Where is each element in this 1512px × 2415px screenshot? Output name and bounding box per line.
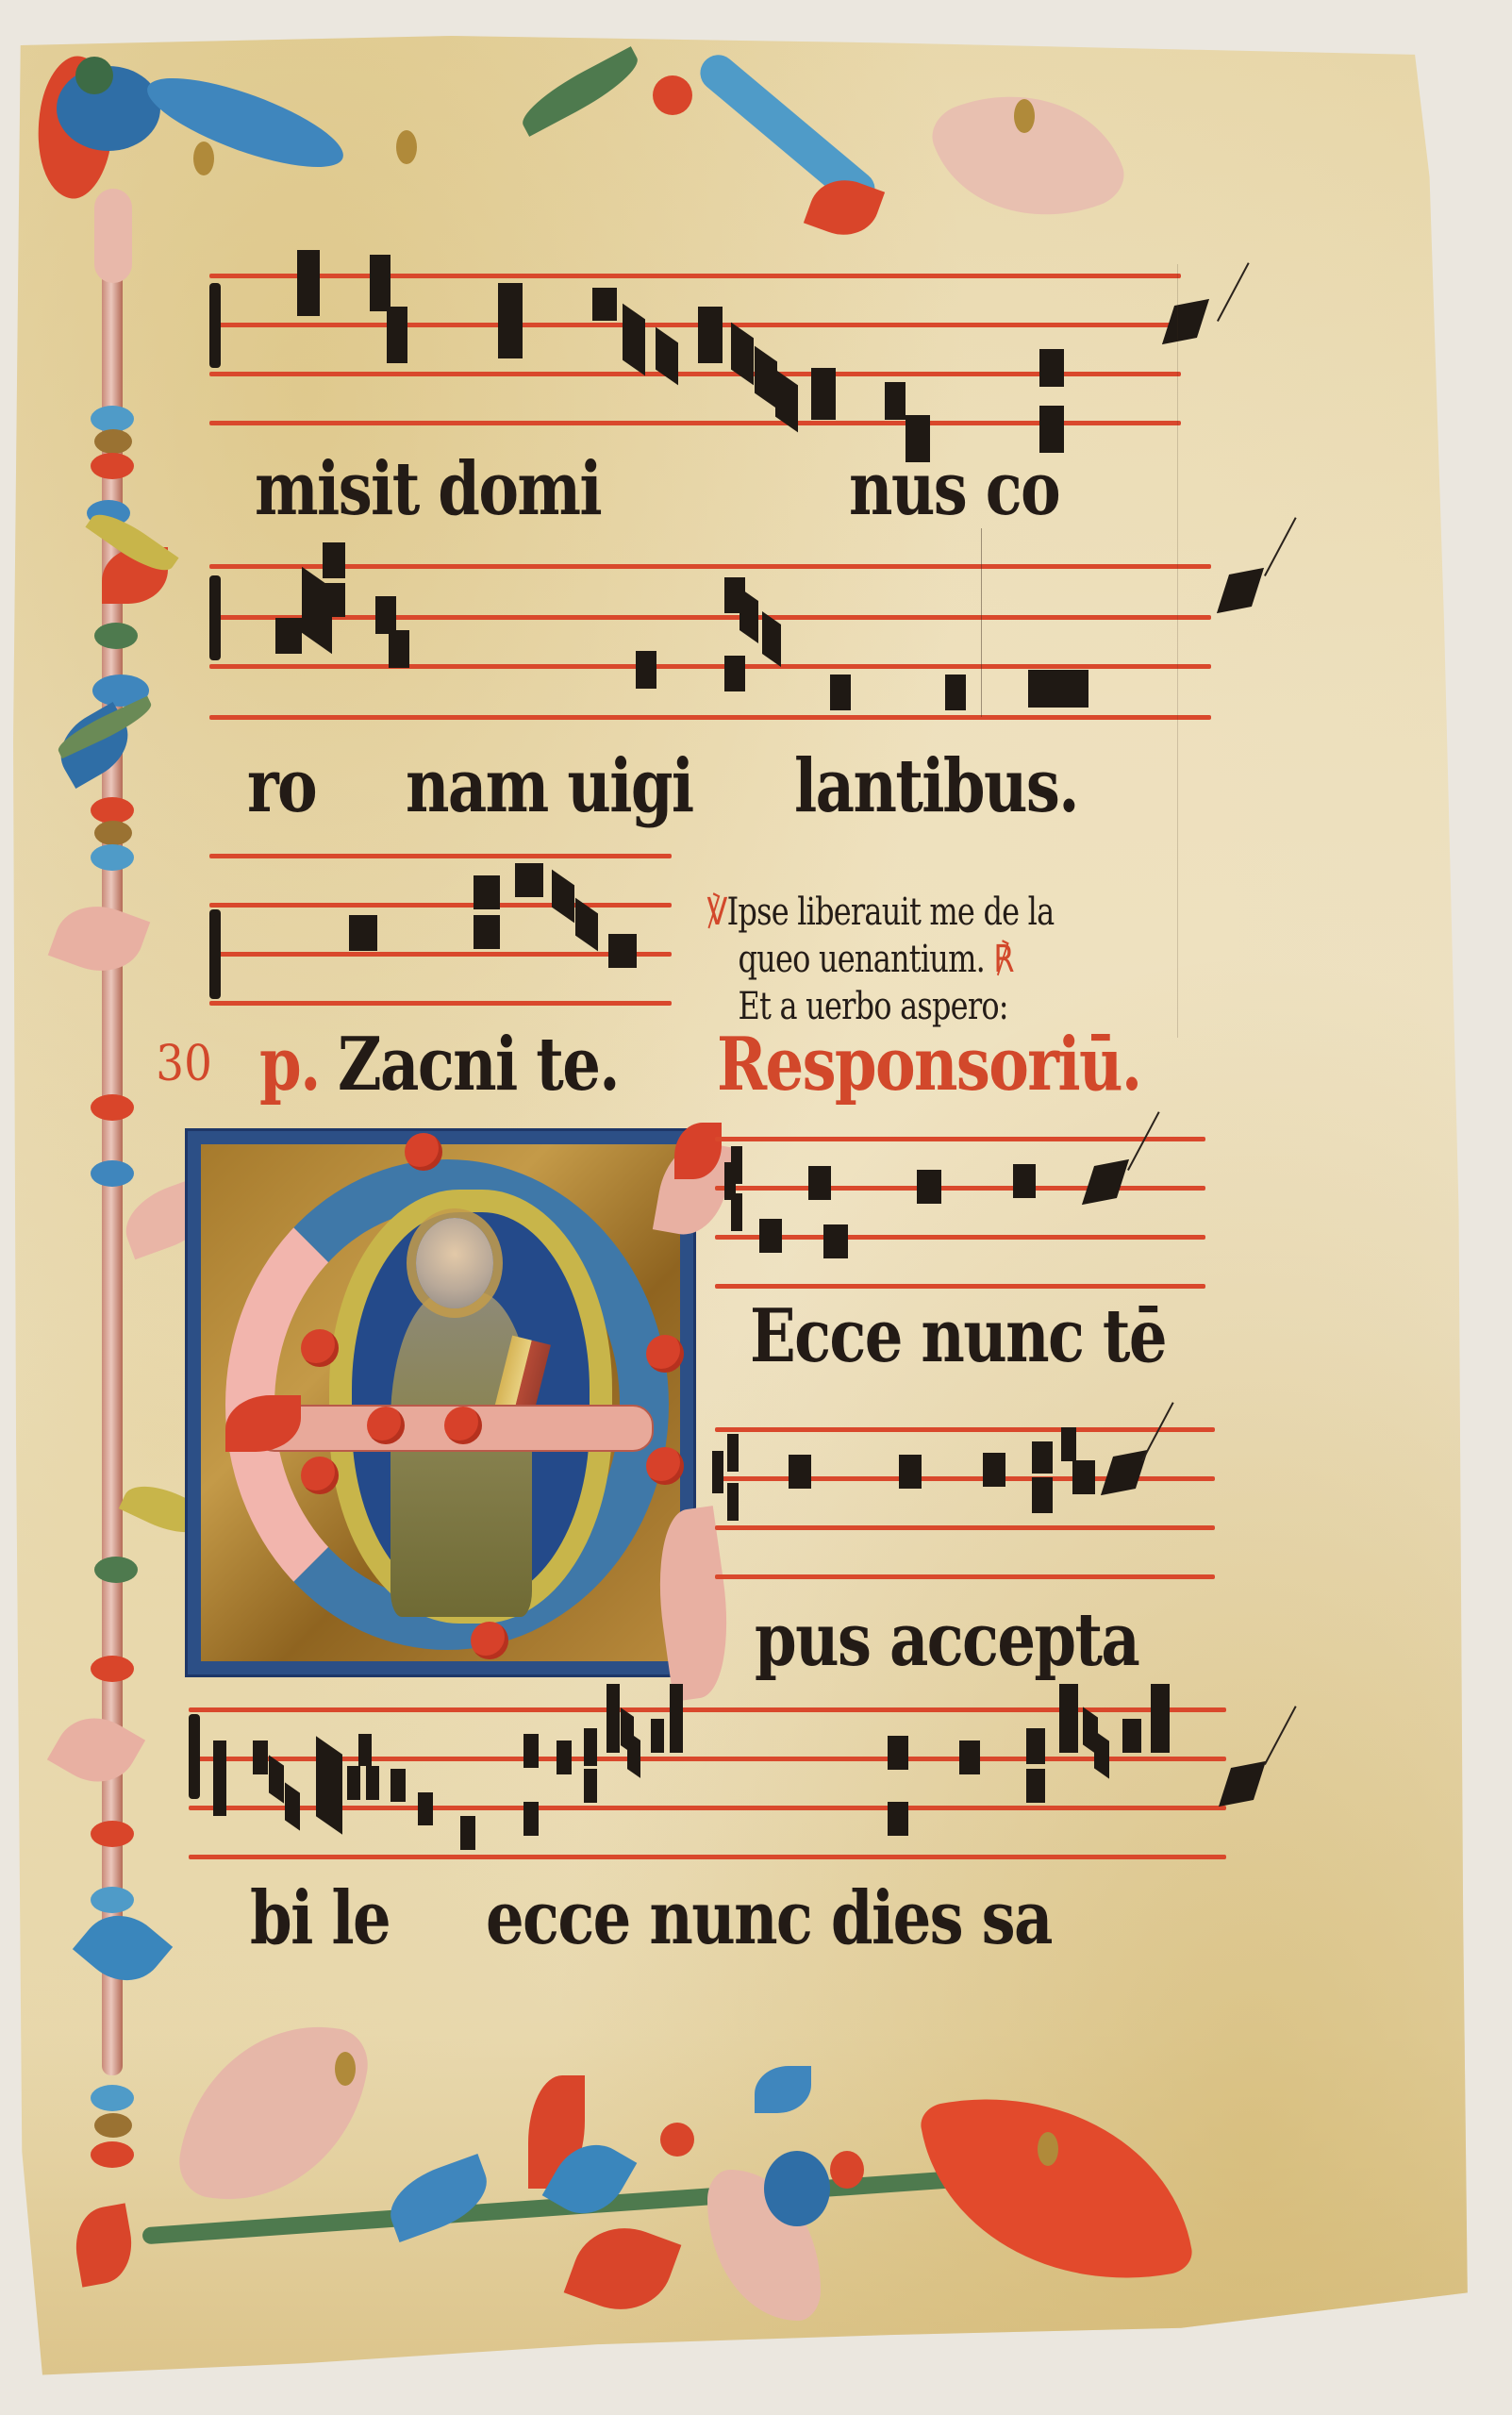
- neume: [959, 1740, 980, 1774]
- border-knot-gold: [94, 821, 132, 845]
- initial-knob: [405, 1133, 442, 1171]
- neume: [474, 915, 500, 949]
- neume: [1122, 1719, 1141, 1753]
- border-knot-red: [91, 1094, 134, 1121]
- border-knot-blue: [91, 1160, 134, 1187]
- neume: [370, 255, 390, 311]
- neume: [606, 1719, 620, 1753]
- lyric-line-1a: misit domi: [255, 453, 601, 526]
- border-knot-green: [94, 623, 138, 649]
- neume: [727, 1434, 739, 1472]
- border-knot-blue: [91, 844, 134, 871]
- neume: [358, 1734, 372, 1766]
- initial-knob: [367, 1407, 405, 1444]
- neume: [460, 1816, 475, 1850]
- neume-oriscus: [1028, 670, 1088, 708]
- neume: [731, 1193, 742, 1231]
- neume: [1059, 1719, 1078, 1753]
- neume: [608, 934, 637, 968]
- ruling-line: [1177, 264, 1178, 1038]
- neume: [606, 1684, 620, 1722]
- initial-knob: [471, 1622, 508, 1659]
- neume: [1013, 1164, 1036, 1198]
- top-knot-red: [653, 75, 692, 115]
- top-gold-dot: [193, 142, 214, 175]
- initial-knob: [444, 1407, 482, 1444]
- neume: [945, 675, 966, 710]
- bottom-globe-blue: [764, 2151, 830, 2226]
- neume: [698, 307, 723, 363]
- border-knot-red: [91, 453, 134, 479]
- border-knot-gold: [94, 429, 132, 454]
- initial-knob: [646, 1447, 684, 1485]
- neume: [1032, 1477, 1053, 1513]
- c-clef: [209, 575, 221, 660]
- neume: [724, 656, 745, 691]
- historiated-initial-E: [185, 1128, 696, 1677]
- c-clef: [209, 909, 221, 999]
- neume: [1039, 349, 1064, 387]
- neume: [759, 1219, 782, 1253]
- neume: [347, 1766, 360, 1800]
- neume: [917, 1170, 941, 1204]
- neume: [387, 307, 407, 363]
- neume: [592, 288, 617, 321]
- neume: [515, 863, 543, 897]
- c-clef: [189, 1714, 200, 1799]
- neume: [1072, 1460, 1095, 1494]
- neume: [727, 1483, 739, 1521]
- border-knot-blue: [91, 406, 134, 432]
- ruling-line: [981, 528, 982, 717]
- neume: [474, 875, 500, 909]
- neume: [557, 1740, 572, 1774]
- neume: [253, 1740, 268, 1774]
- border-knot-gold: [94, 2113, 132, 2138]
- neume: [636, 651, 656, 689]
- neume: [823, 1224, 848, 1258]
- top-leaf-green: [75, 57, 113, 94]
- neume: [1061, 1427, 1076, 1461]
- lyric-line-5: pus accepta: [755, 1604, 1138, 1677]
- neume: [1059, 1684, 1078, 1722]
- staff-3: [209, 854, 672, 1007]
- neume: [418, 1792, 433, 1825]
- neume: [712, 1451, 723, 1493]
- neume: [1026, 1769, 1045, 1803]
- neume: [731, 1146, 742, 1184]
- neume: [498, 283, 523, 358]
- neume: [811, 368, 836, 420]
- lyric-line-2a: ro: [247, 750, 316, 824]
- border-knot-red: [91, 1656, 134, 1682]
- bottom-knot-red: [830, 2151, 864, 2189]
- neume: [349, 915, 377, 951]
- c-clef: [209, 283, 221, 368]
- neume: [983, 1453, 1005, 1487]
- folio-number: 30: [156, 1036, 212, 1092]
- neume: [390, 1769, 406, 1802]
- neume: [899, 1455, 922, 1489]
- neume: [323, 542, 345, 578]
- border-knot-blue: [91, 2085, 134, 2111]
- lyric-line-3: Zacni te.: [338, 1028, 619, 1102]
- neume: [375, 596, 396, 634]
- bottom-gold-dot: [335, 2052, 356, 2086]
- border-knot-red: [91, 2141, 134, 2168]
- neume: [1151, 1684, 1170, 1722]
- neume: [523, 1802, 539, 1836]
- lyric-line-6a: bi le: [250, 1882, 390, 1956]
- psalm-cue-mark: p.: [259, 1028, 320, 1102]
- neume: [323, 583, 345, 617]
- neume: [523, 1734, 539, 1768]
- bottom-knot-red: [660, 2123, 694, 2157]
- lyric-line-4: Ecce nunc tē: [750, 1300, 1166, 1374]
- lyric-line-2b: nam uigi: [406, 750, 693, 824]
- top-gold-dot: [396, 130, 417, 164]
- lyric-line-6b: ecce nunc dies sa: [486, 1882, 1052, 1956]
- neume: [297, 250, 320, 316]
- top-stem-pink: [94, 189, 132, 283]
- bottom-gold-dot: [1038, 2132, 1058, 2166]
- staff-5: [715, 1427, 1215, 1580]
- neume: [670, 1719, 683, 1753]
- top-gold-dot: [1014, 99, 1035, 133]
- neume: [885, 382, 906, 420]
- initial-knob: [301, 1329, 339, 1367]
- lyric-line-1b: nus co: [849, 453, 1059, 526]
- responsory-heading: Responsoriū.: [717, 1028, 1141, 1102]
- neume: [1032, 1441, 1053, 1474]
- border-knot-red: [91, 1821, 134, 1847]
- neume: [808, 1166, 831, 1200]
- neume: [888, 1802, 908, 1836]
- neume: [1151, 1719, 1170, 1753]
- neume: [584, 1728, 597, 1766]
- initial-knob: [646, 1335, 684, 1373]
- neume: [789, 1455, 811, 1489]
- neume: [213, 1740, 226, 1816]
- border-knot-blue: [91, 1887, 134, 1913]
- neume: [1026, 1728, 1045, 1764]
- neume: [830, 675, 851, 710]
- neume: [366, 1766, 379, 1800]
- initial-knob: [301, 1457, 339, 1494]
- staff-1: [209, 274, 1181, 425]
- neume: [651, 1719, 664, 1753]
- border-knot-red: [91, 797, 134, 824]
- saint-head-halo: [416, 1218, 493, 1308]
- neume: [584, 1769, 597, 1803]
- lyric-line-2c: lantibus.: [794, 750, 1078, 824]
- neume: [389, 630, 409, 668]
- neume: [888, 1736, 908, 1770]
- neume: [275, 618, 302, 654]
- neume: [670, 1684, 683, 1722]
- border-knot-green: [94, 1557, 138, 1583]
